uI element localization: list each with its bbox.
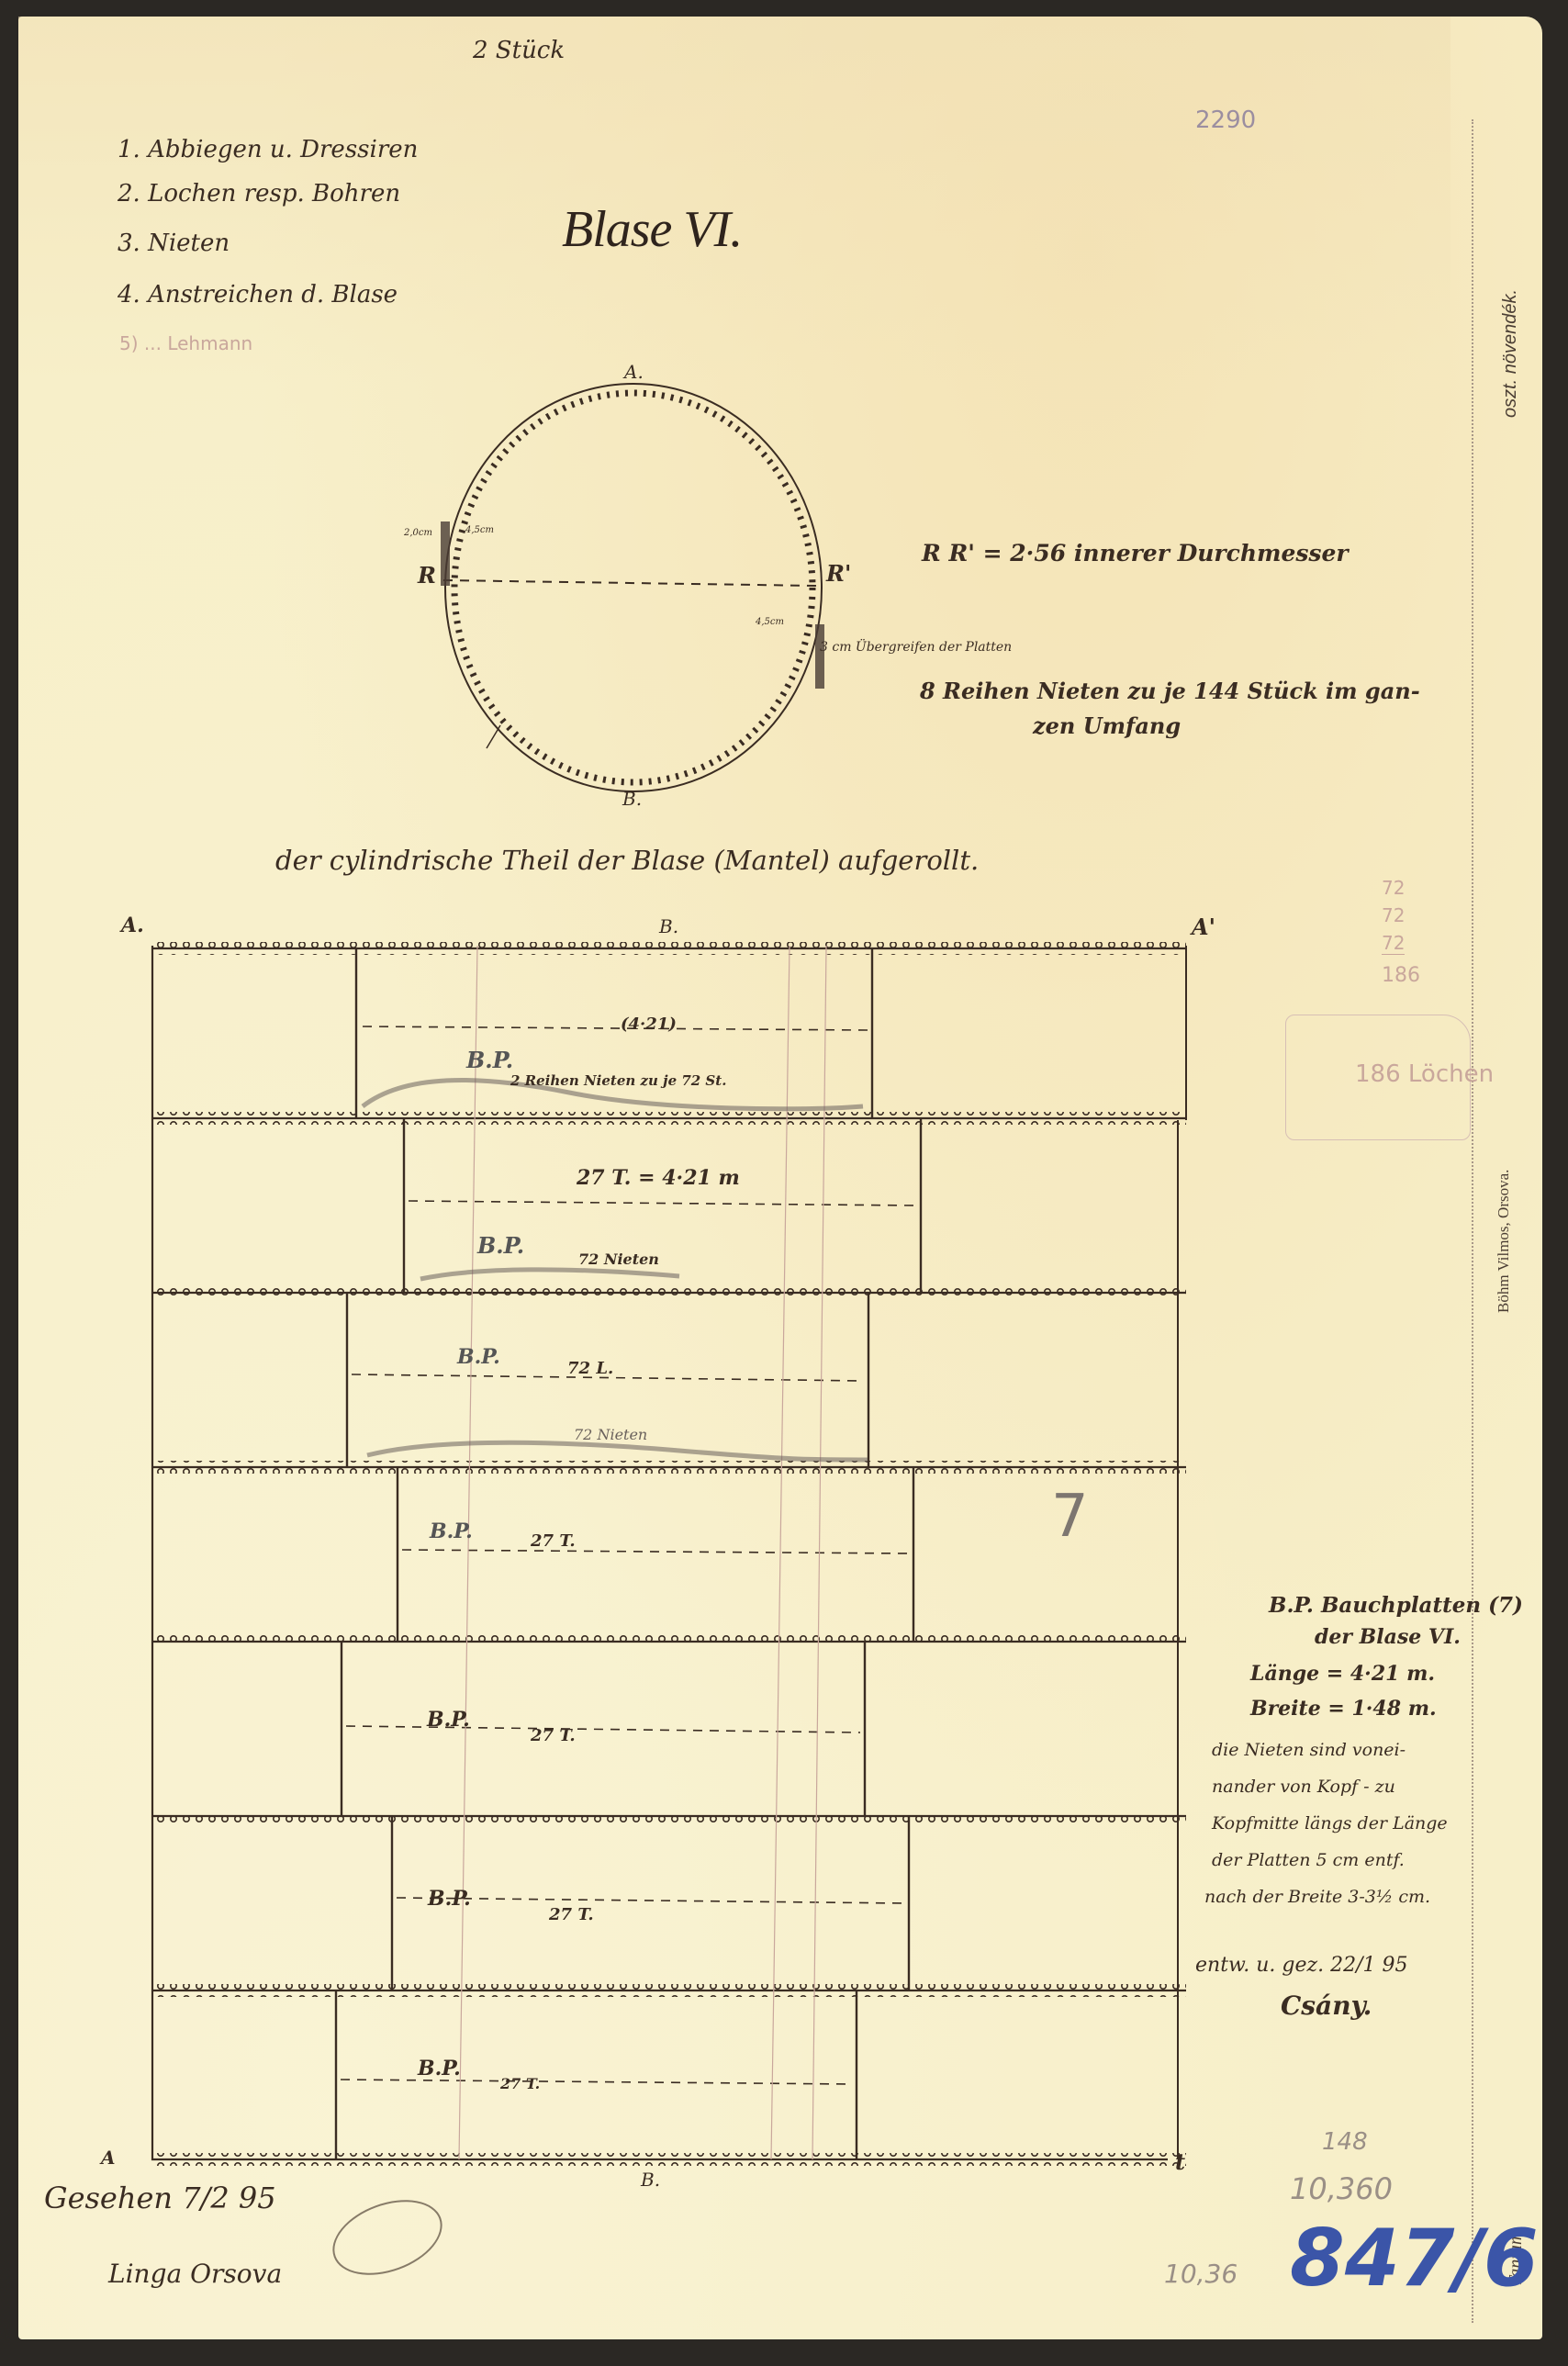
- archive-blue-number: 847/6: [1290, 2213, 1539, 2304]
- plate-development-grid: [152, 942, 1186, 2166]
- corner-bottom-right: t: [1175, 2148, 1185, 2175]
- rivet-spacing-line: der Platten 5 cm entf.: [1212, 1850, 1405, 1870]
- development-heading: der cylindrische Theil der Blase (Mantel…: [275, 845, 979, 876]
- drafter-signature: Csány.: [1281, 1990, 1372, 2021]
- legend-width: Breite = 1·48 m.: [1250, 1697, 1437, 1721]
- plate-label: B.P.: [466, 1047, 513, 1073]
- circle-label-top: A.: [624, 361, 644, 383]
- corner-top-right: A': [1192, 914, 1215, 940]
- overlap-note: 3 cm Übergreifen der Platten: [820, 640, 1012, 655]
- calc-line: 186: [1382, 964, 1420, 987]
- calc-left: 10,36: [1164, 2259, 1238, 2289]
- plate-label: B.P.: [427, 1708, 470, 1732]
- drafted-date: entw. u. gez. 22/1 95: [1195, 1954, 1407, 1977]
- corner-top-mid: B.: [659, 915, 678, 937]
- plate-label: B.P.: [457, 1345, 500, 1369]
- annotation-left-outer: 2,0cm: [404, 528, 432, 538]
- calc-line: 72: [1382, 932, 1405, 955]
- cross-section-circle: [441, 384, 824, 791]
- plate-dimension: 72 L.: [567, 1359, 613, 1378]
- plate-dimension: 27 T.: [531, 1531, 576, 1551]
- plate-label: B.P.: [428, 1887, 471, 1911]
- place-note: Linga Orsova: [108, 2259, 282, 2289]
- plate-label: B.P.: [418, 2057, 461, 2080]
- calc-line: 72: [1382, 904, 1405, 926]
- plate-note: 2 Reihen Nieten zu je 72 St.: [510, 1072, 726, 1089]
- holes-note: 186 Löchen: [1355, 1060, 1494, 1088]
- plate-dimension: 27 T.: [531, 1726, 576, 1745]
- corner-bottom-left: A: [101, 2147, 116, 2169]
- plate-label: B.P.: [430, 1519, 473, 1543]
- annotation-right: 4,5cm: [756, 617, 784, 627]
- seen-note: Gesehen 7/2 95: [44, 2181, 276, 2215]
- rivet-note-line1: 8 Reihen Nieten zu je 144 Stück im gan-: [920, 678, 1420, 704]
- annotation-left-inner: 4,5cm: [465, 525, 494, 535]
- plate-note: 72 Nieten: [574, 1426, 647, 1443]
- legend-line1: B.P. Bauchplatten (7): [1269, 1593, 1523, 1618]
- plate-label: B.P.: [477, 1232, 524, 1259]
- legend-line2: der Blase VI.: [1315, 1625, 1461, 1649]
- legend-length: Länge = 4·21 m.: [1250, 1662, 1435, 1686]
- plate-note: 72 Nieten: [578, 1250, 659, 1268]
- corner-top-left: A.: [121, 914, 144, 937]
- plate-dimension: 27 T.: [500, 2075, 540, 2092]
- corner-bottom-mid: B.: [641, 2169, 660, 2191]
- rivet-note-line2: zen Umfang: [1033, 712, 1181, 739]
- diameter-note: R R' = 2·56 innerer Durchmesser: [922, 540, 1349, 566]
- rivet-spacing-line: nach der Breite 3-3½ cm.: [1204, 1887, 1430, 1907]
- rivet-spacing-line: Kopfmitte längs der Länge: [1212, 1813, 1448, 1833]
- calc-line: 72: [1382, 877, 1405, 899]
- rivet-spacing-line: nander von Kopf - zu: [1212, 1777, 1395, 1797]
- circle-label-right: R': [826, 560, 851, 587]
- plate-dimension: (4·21): [621, 1015, 677, 1034]
- circle-label-left: R: [418, 562, 436, 589]
- calc-top: 148: [1322, 2128, 1368, 2156]
- pencil-note-seven: 7: [1051, 1483, 1089, 1551]
- rivet-spacing-line: die Nieten sind vonei-: [1212, 1740, 1406, 1760]
- circle-label-bottom: B.: [622, 788, 642, 810]
- plate-dimension: 27 T. = 4·21 m: [577, 1166, 740, 1190]
- plate-dimension: 27 T.: [549, 1905, 594, 1924]
- calc-mid: 10,360: [1290, 2171, 1393, 2206]
